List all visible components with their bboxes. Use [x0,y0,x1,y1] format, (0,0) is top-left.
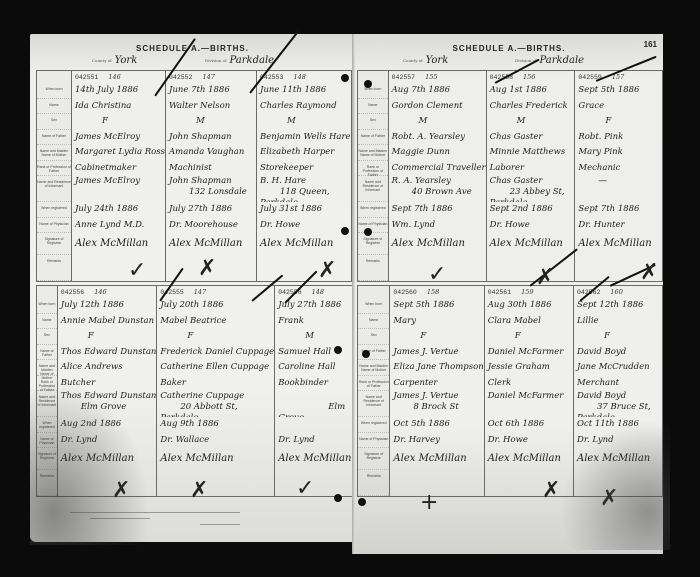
sex: F [390,329,483,345]
registration-number: 042561159 [485,286,573,298]
child-name: Annie Mabel Dunstan [58,314,157,330]
row-labels-column: When born Name Sex Name of Father Name a… [37,71,72,282]
father-name: James J. Vertue [390,345,483,361]
sex: F [574,329,662,345]
registration-number: 042556146 [58,286,157,298]
row-label: Name and Maiden Name of Mother [37,145,71,161]
father-name: Chas Gaster [487,130,575,146]
when-born: Sept 5th 1886 [575,83,662,99]
when-born: June 7th 1886 [166,83,256,99]
when-born: Aug 1st 1886 [487,83,575,99]
informant: Daniel McFarmer [485,391,573,417]
row-labels-column: When born Name Sex Name of Father Name a… [37,286,58,497]
father-profession: Baker [157,376,274,392]
informant: Elm Grove [275,391,354,417]
row-label: Signature of Registrar [37,233,71,255]
physician: Anne Lynd M.D. [72,218,165,234]
registrar-signature: Alex McMillan [72,233,165,255]
row-label: Name [37,99,71,115]
father-name: Samuel Hall [275,345,354,361]
sex: F [157,329,274,345]
registrar-signature: Alex McMillan [390,448,483,470]
birth-entry: 042551146 14th July 1886 Ida Christina F… [72,71,166,282]
when-registered: July 31st 1886 [257,202,351,218]
birth-entry: 042553148 June 11th 1886 Charles Raymond… [257,71,352,282]
row-labels-column: When born Name Sex Name of Father Name a… [358,71,389,282]
registrar-signature: Alex McMillan [166,233,256,255]
physician: Dr. Howe [487,218,575,234]
binding-hole [358,498,366,506]
row-label: Remarks [358,255,388,281]
child-name: Frank [275,314,354,330]
when-born: June 11th 1886 [257,83,351,99]
father-profession: Carpenter [390,376,483,392]
row-label: Name [358,314,389,330]
registration-number: 042557155 [389,71,486,83]
father-profession: Mechanic [575,161,662,177]
registration-number: 042560158 [390,286,483,298]
row-label: Name and Residence of Informant [37,391,57,417]
father-profession: Merchant [574,376,662,392]
child-name: Clara Mabel [485,314,573,330]
row-label: Remarks [37,470,57,496]
sex: F [575,114,662,130]
when-born: Aug 30th 1886 [485,298,573,314]
when-born: Sept 5th 1886 [390,298,483,314]
left-ledger-page: SCHEDULE A.—BIRTHS. County ofYork Divisi… [30,34,355,542]
child-name: Grace [575,99,662,115]
row-label: Name of Physician [37,218,71,234]
registrar-signature: Alex McMillan [389,233,486,255]
when-registered: Oct 5th 1886 [390,417,483,433]
sex: F [485,329,573,345]
registrar-signature: Alex McMillan [275,448,354,470]
footer-print-line [70,512,240,513]
registration-number: 042553148 [257,71,351,83]
informant: James J. Vertue8 Brock St [390,391,483,417]
row-label: Rank or Profession of Father [37,161,71,177]
mother-name: Catherine Ellen Cuppage [157,360,274,376]
informant: James McElroy [72,176,165,202]
row-label: When registered [37,202,71,218]
sex: M [275,329,354,345]
informant: Catherine Cuppage20 Abbott St, Parkdale [157,391,274,417]
registrar-signature: Alex McMillan [485,448,573,470]
birth-entry: 042552147 June 7th 1886 Walter Nelson M … [166,71,257,282]
row-label: When born [358,298,389,314]
father-profession: Butcher [58,376,157,392]
informant: Chas Gaster23 Abbey St, Parkdale [487,176,575,202]
when-registered: Oct 6th 1886 [485,417,573,433]
birth-entry: 042556146 July 12th 1886 Annie Mabel Dun… [57,286,157,497]
physician: Dr. Howe [257,218,351,234]
row-label: Name of Father [37,130,71,146]
left-schedule-title: SCHEDULE A.—BIRTHS. [30,44,355,53]
row-label: Rank or Profession of Father [358,376,389,392]
right-register-table-upper: When born Name Sex Name of Father Name a… [357,70,663,282]
remarks [72,255,165,281]
sex: M [166,114,256,130]
footer-print-line [90,518,150,519]
row-label: Name of Physician [358,433,389,449]
when-registered: Sept 2nd 1886 [487,202,575,218]
mother-name: Caroline Hall [275,360,354,376]
birth-entry: 042560158 Sept 5th 1886 Mary F James J. … [390,286,484,497]
father-profession: Laborer [487,161,575,177]
row-label: Remarks [37,255,71,281]
when-registered: July 24th 1886 [72,202,165,218]
check-mark-icon: ✗ [190,478,208,503]
physician: Dr. Howe [485,433,573,449]
mother-name: Margaret Lydia Ross [72,145,165,161]
birth-entry: 042557155 Aug 7th 1886 Gordon Clement M … [388,71,486,282]
when-registered: Sept 7th 1886 [389,202,486,218]
father-profession: Bookbinder [275,376,354,392]
sex: M [487,114,575,130]
informant: David Boyd37 Bruce St, Parkdale [574,391,662,417]
right-register-table-lower: When born Name Sex Name of Father Name a… [357,285,663,497]
father-name: David Boyd [574,345,662,361]
check-mark-icon: ✗ [600,486,618,511]
child-name: Charles Raymond [257,99,351,115]
registrar-signature: Alex McMillan [575,233,662,255]
informant: Thos Edward DunstanElm Grove [58,391,157,417]
binding-hole [362,350,370,358]
row-label: When born [37,298,57,314]
binding-hole [364,80,372,88]
birth-entry: 042561159 Aug 30th 1886 Clara Mabel F Da… [484,286,573,497]
division-value: Parkdale [230,55,275,66]
binding-hole [341,227,349,235]
row-label: Sex [358,329,389,345]
father-profession: Cabinetmaker [72,161,165,177]
footer-print-line [200,524,240,525]
row-label: When born [37,83,71,99]
when-registered: Oct 11th 1886 [574,417,662,433]
when-registered [275,417,354,433]
father-profession: Machinist [166,161,256,177]
physician: Dr. Hunter [575,218,662,234]
row-label: Name and Maiden Name of Mother [358,145,388,161]
when-registered: Aug 2nd 1886 [58,417,157,433]
check-mark-icon: ✗ [542,478,560,503]
physician: Dr. Lynd [58,433,157,449]
row-label: Name and Maiden Name of Mother [37,360,57,376]
father-name: Daniel McFarmer [485,345,573,361]
remarks [257,255,351,281]
county-value: York [115,55,138,66]
when-born: 14th July 1886 [72,83,165,99]
check-mark-icon: ✗ [318,258,336,283]
right-schedule-title: SCHEDULE A.—BIRTHS. [355,44,663,53]
mother-name: Amanda Vaughan [166,145,256,161]
check-mark-icon: ✗ [536,265,554,290]
row-label: Signature of Registrar [358,448,389,470]
registration-number: 042556148 [275,286,354,298]
physician: Dr. Lynd [574,433,662,449]
when-registered: Sept 7th 1886 [575,202,662,218]
row-label: Name of Physician [358,218,388,234]
row-label: When registered [358,417,389,433]
mother-name: Jessie Graham [485,360,573,376]
child-name: Gordon Clement [389,99,486,115]
father-profession: Commercial Traveller [389,161,486,177]
mother-name: Alice Andrews [58,360,157,376]
county-value: York [426,55,449,66]
remarks [275,470,354,496]
birth-entry: 042559157 Sept 5th 1886 Grace F Robt. Pi… [575,71,663,282]
remarks [157,470,274,496]
father-name: Frederick Daniel Cuppage [157,345,274,361]
father-name: John Shapman [166,130,256,146]
county-label: County of [403,58,423,63]
registrar-signature: Alex McMillan [574,448,662,470]
physician: Dr. Harvey [390,433,483,449]
row-label: Rank or Profession of Father [358,161,388,177]
child-name: Lillie [574,314,662,330]
registration-number: 042552147 [166,71,256,83]
sex: F [72,114,165,130]
father-profession: Clerk [485,376,573,392]
child-name: Charles Frederick [487,99,575,115]
registrar-signature: Alex McMillan [487,233,575,255]
row-labels-column: When born Name Sex Name of Father Name a… [358,286,390,497]
when-born: Aug 7th 1886 [389,83,486,99]
row-label: Sex [358,114,388,130]
registrar-signature: Alex McMillan [257,233,351,255]
binding-hole [341,74,349,82]
informant: B. H. Hare118 Queen, Parkdale [257,176,351,202]
row-label: Name of Father [358,130,388,146]
when-born: July 12th 1886 [58,298,157,314]
row-label: Name of Physician [37,433,57,449]
mother-name: Minnie Matthews [487,145,575,161]
mother-name: Eliza Jane Thompson [390,360,483,376]
mother-name: Maggie Dunn [389,145,486,161]
informant: — [575,176,662,202]
row-label: Name of Father [37,345,57,361]
row-label: Name and Maiden Name of Mother [358,360,389,376]
child-name: Ida Christina [72,99,165,115]
physician: Dr. Moorehouse [166,218,256,234]
when-born: July 20th 1886 [157,298,274,314]
when-registered: July 27th 1886 [166,202,256,218]
physician: Dr. Lynd [275,433,354,449]
row-label: Name and Residence of Informant [358,391,389,417]
check-mark-icon: ✓ [296,476,314,501]
physician: Wm. Lynd [389,218,486,234]
row-label: Sex [37,114,71,130]
informant: John Shapman132 Lonsdale [166,176,256,202]
sex: M [257,114,351,130]
check-mark-icon: ✗ [640,260,658,285]
row-label: Name and Residence of Informant [37,176,71,202]
row-label: When registered [358,202,388,218]
row-label: Signature of Registrar [37,448,57,470]
birth-entry: 042555147 July 20th 1886 Mabel Beatrice … [157,286,275,497]
mother-name: Jane McCrudden [574,360,662,376]
binding-hole [334,494,342,502]
check-mark-icon: ✗ [198,256,216,281]
birth-entry: 042556148 July 27th 1886 Frank M Samuel … [275,286,355,497]
row-label: Name [37,314,57,330]
father-name: Benjamin Wells Hare [257,130,351,146]
row-label: When registered [37,417,57,433]
registrar-signature: Alex McMillan [157,448,274,470]
right-ledger-page: 161 SCHEDULE A.—BIRTHS. County ofYork Di… [355,34,663,554]
county-label: County of [92,58,112,63]
child-name: Mabel Beatrice [157,314,274,330]
binding-hole [334,346,342,354]
row-label: When born [358,83,388,99]
father-name: James McElroy [72,130,165,146]
check-mark-icon: ✓ [428,262,446,287]
division-value: Parkdale [540,55,585,66]
check-mark-icon: ✗ [112,478,130,503]
father-name: Robt. A. Yearsley [389,130,486,146]
when-registered: Aug 9th 1886 [157,417,274,433]
check-mark-icon: + [420,490,438,515]
binding-hole [364,228,372,236]
child-name: Mary [390,314,483,330]
physician: Dr. Wallace [157,433,274,449]
sex: M [389,114,486,130]
child-name: Walter Nelson [166,99,256,115]
father-name: Robt. Pink [575,130,662,146]
row-label: Sex [37,329,57,345]
father-profession: Storekeeper [257,161,351,177]
birth-entry: 042562160 Sept 12th 1886 Lillie F David … [574,286,663,497]
mother-name: Mary Pink [575,145,662,161]
mother-name: Elizabeth Harper [257,145,351,161]
left-division: Division ofParkdale [205,55,274,66]
left-register-table-lower: When born Name Sex Name of Father Name a… [36,285,355,497]
birth-entry: 042558156 Aug 1st 1886 Charles Frederick… [486,71,575,282]
father-name: Thos Edward Dunstan [58,345,157,361]
row-label: Name and Residence of Informant [358,176,388,202]
registrar-signature: Alex McMillan [58,448,157,470]
remarks [58,470,157,496]
right-county: County ofYork [403,55,448,66]
sex: F [58,329,157,345]
when-born: Sept 12th 1886 [574,298,662,314]
check-mark-icon: ✓ [128,258,146,283]
registration-number: 042551146 [72,71,165,83]
left-county: County ofYork [92,55,137,66]
informant: R. A. Yearsley40 Brown Ave [389,176,486,202]
division-label: Division of [205,58,227,63]
left-register-table-upper: When born Name Sex Name of Father Name a… [36,70,352,282]
row-label: Remarks [358,470,389,496]
row-label: Signature of Registrar [358,233,388,255]
row-label: Name [358,99,388,115]
